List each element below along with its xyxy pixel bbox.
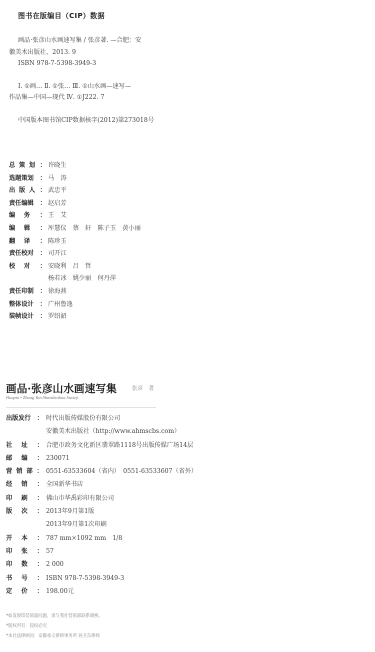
pub-row-label: 版次： <box>6 505 43 518</box>
pub-row-value: 57 <box>43 545 54 558</box>
pub-row-label: 经销： <box>6 478 43 491</box>
pub-row-value: 佛山市华禹彩印有限公司 <box>43 492 114 505</box>
credit-row-label: 出版人： <box>9 185 46 198</box>
pub-row-value: 198.00元 <box>43 585 74 598</box>
credit-row-label: 选题策划： <box>9 173 46 186</box>
pub-row-label: 邮编： <box>6 452 43 465</box>
cip-data-block: 画品·张彦山水画速写集 / 张彦著. —合肥：安 徽美术出版社，2013. 9 … <box>9 35 184 126</box>
pub-row: 邮编：230071 <box>6 452 197 465</box>
credit-row: 责任编辑：赵启芳 <box>9 198 141 211</box>
pub-row: 2013年9月第1次印刷 <box>6 518 197 531</box>
note-line: *如发现印装质量问题，请与我社营销部联系调换。 <box>6 612 103 622</box>
pub-row-value: 全国新华书店 <box>43 478 83 491</box>
pub-row-value: 230071 <box>43 452 70 465</box>
pub-row-value: 时代出版传媒股份有限公司 <box>43 412 120 425</box>
credit-row-value: 王 艾 <box>46 210 67 223</box>
pub-row: 出版发行：时代出版传媒股份有限公司 <box>6 412 197 425</box>
book-author: 张彦 著 <box>132 384 154 392</box>
credit-row-value: 杨若冰 姚少丽 何丹萍 <box>46 273 116 286</box>
credits-list: 总策划：许晓生选题策划：马 涛出版人：武忠平责任编辑：赵启芳编务：王 艾编辑：厍… <box>9 160 141 324</box>
credit-row-value: 马 涛 <box>46 173 67 186</box>
credit-row-label <box>9 273 46 286</box>
pub-row-value: 2 000 <box>43 558 64 571</box>
credit-row-label: 整体设计： <box>9 299 46 312</box>
credit-row-label: 责任校对： <box>9 248 46 261</box>
cip-line: Ⅰ. ①画… Ⅱ. ①张… Ⅲ. ①山水画—速写— <box>9 81 184 93</box>
credit-row: 选题策划：马 涛 <box>9 173 141 186</box>
pub-row-label: 出版发行： <box>6 412 43 425</box>
cip-line: 徽美术出版社，2013. 9 <box>9 47 184 59</box>
credit-row: 编辑：厍慧仪 蔡 轩 陈子玉 黄小丽 <box>9 223 141 236</box>
pub-row-value: 合肥市政务文化新区翡翠路1118号出版传媒广场14层 <box>43 439 193 452</box>
pub-row: 社址：合肥市政务文化新区翡翠路1118号出版传媒广场14层 <box>6 439 197 452</box>
pub-row-label: 开本： <box>6 532 43 545</box>
credit-row: 出版人：武忠平 <box>9 185 141 198</box>
credit-row: 编务：王 艾 <box>9 210 141 223</box>
book-title: 画品·张彦山水画速写集 <box>6 381 117 396</box>
credit-row-value: 罗绍韶 <box>46 311 67 324</box>
pub-row: 经销：全国新华书店 <box>6 478 197 491</box>
pub-row: 版次：2013年9月第1版 <box>6 505 197 518</box>
pub-row: 书号：ISBN 978-7-5398-3949-3 <box>6 572 197 585</box>
book-pinyin: Huapin • Zhang Yan Shanshuihua Suxieji <box>6 395 78 400</box>
credit-row: 责任印制：徐海燕 <box>9 286 141 299</box>
pub-row: 安徽美术出版社（http://www.ahmscbs.com） <box>6 425 197 438</box>
pub-row-value: 安徽美术出版社（http://www.ahmscbs.com） <box>43 425 180 438</box>
credit-row: 翻译：陈珍玉 <box>9 236 141 249</box>
credit-row-value: 赵启芳 <box>46 198 67 211</box>
cip-line: 画品·张彦山水画速写集 / 张彦著. —合肥：安 <box>9 35 184 47</box>
pub-row-label <box>6 518 43 531</box>
credit-row: 责任校对：司开江 <box>9 248 141 261</box>
pub-row-label: 印张： <box>6 545 43 558</box>
note-line: *本社法律顾问：安徽承义律师事务所 孙卫东律师 <box>6 632 103 642</box>
credit-row: 整体设计：广州鲁逸 <box>9 299 141 312</box>
pub-row-label: 营销部： <box>6 465 43 478</box>
credit-row: 装帧设计：罗绍韶 <box>9 311 141 324</box>
credit-row-label: 责任印制： <box>9 286 46 299</box>
credit-row-label: 校对： <box>9 261 46 274</box>
credit-row-label: 责任编辑： <box>9 198 46 211</box>
pub-row-value: 2013年9月第1版 <box>43 505 94 518</box>
pub-row-value: 2013年9月第1次印刷 <box>43 518 107 531</box>
credit-row-label: 总策划： <box>9 160 46 173</box>
pub-row: 印张：57 <box>6 545 197 558</box>
pub-row-value: 0551-63533604（省内） 0551-63533607（省外） <box>43 465 197 478</box>
cip-isbn: ISBN 978-7-5398-3949-3 <box>9 58 184 70</box>
pub-row: 印刷：佛山市华禹彩印有限公司 <box>6 492 197 505</box>
credit-row-value: 武忠平 <box>46 185 67 198</box>
credit-row: 杨若冰 姚少丽 何丹萍 <box>9 273 141 286</box>
pub-row-label: 书号： <box>6 572 43 585</box>
credit-row-value: 安晓利 吕 哲 <box>46 261 91 274</box>
credit-row-label: 装帧设计： <box>9 311 46 324</box>
credit-row: 总策划：许晓生 <box>9 160 141 173</box>
notes: *如发现印装质量问题，请与我社营销部联系调换。 *版权所有 侵权必究 *本社法律… <box>6 612 103 642</box>
pub-row-label: 定价： <box>6 585 43 598</box>
credit-row-label: 编务： <box>9 210 46 223</box>
credit-row-value: 许晓生 <box>46 160 67 173</box>
pub-row-label: 印刷： <box>6 492 43 505</box>
divider <box>6 407 156 408</box>
pub-row-label: 社址： <box>6 439 43 452</box>
publication-info: 出版发行：时代出版传媒股份有限公司安徽美术出版社（http://www.ahms… <box>6 412 197 598</box>
pub-row-label: 印数： <box>6 558 43 571</box>
credit-row-value: 广州鲁逸 <box>46 299 73 312</box>
pub-row-value: ISBN 978-7-5398-3949-3 <box>43 572 124 585</box>
credit-row-label: 翻译： <box>9 236 46 249</box>
pub-row-label <box>6 425 43 438</box>
credit-row-value: 徐海燕 <box>46 286 67 299</box>
pub-row-value: 787 mm×1092 mm 1/8 <box>43 532 122 545</box>
credit-row: 校对：安晓利 吕 哲 <box>9 261 141 274</box>
credit-row-value: 司开江 <box>46 248 67 261</box>
pub-row: 开本：787 mm×1092 mm 1/8 <box>6 532 197 545</box>
credit-row-value: 厍慧仪 蔡 轩 陈子玉 黄小丽 <box>46 223 141 236</box>
pub-row: 印数：2 000 <box>6 558 197 571</box>
cip-line: 作品集—中国—现代 Ⅳ. ①J222. 7 <box>9 92 184 104</box>
credit-row-label: 编辑： <box>9 223 46 236</box>
pub-row: 定价：198.00元 <box>6 585 197 598</box>
cip-heading: 图书在版编目（CIP）数据 <box>18 11 105 21</box>
cip-number: 中国版本图书馆CIP数据核字(2012)第273018号 <box>9 115 184 127</box>
note-line: *版权所有 侵权必究 <box>6 622 103 632</box>
credit-row-value: 陈珍玉 <box>46 236 67 249</box>
pub-row: 营销部：0551-63533604（省内） 0551-63533607（省外） <box>6 465 197 478</box>
